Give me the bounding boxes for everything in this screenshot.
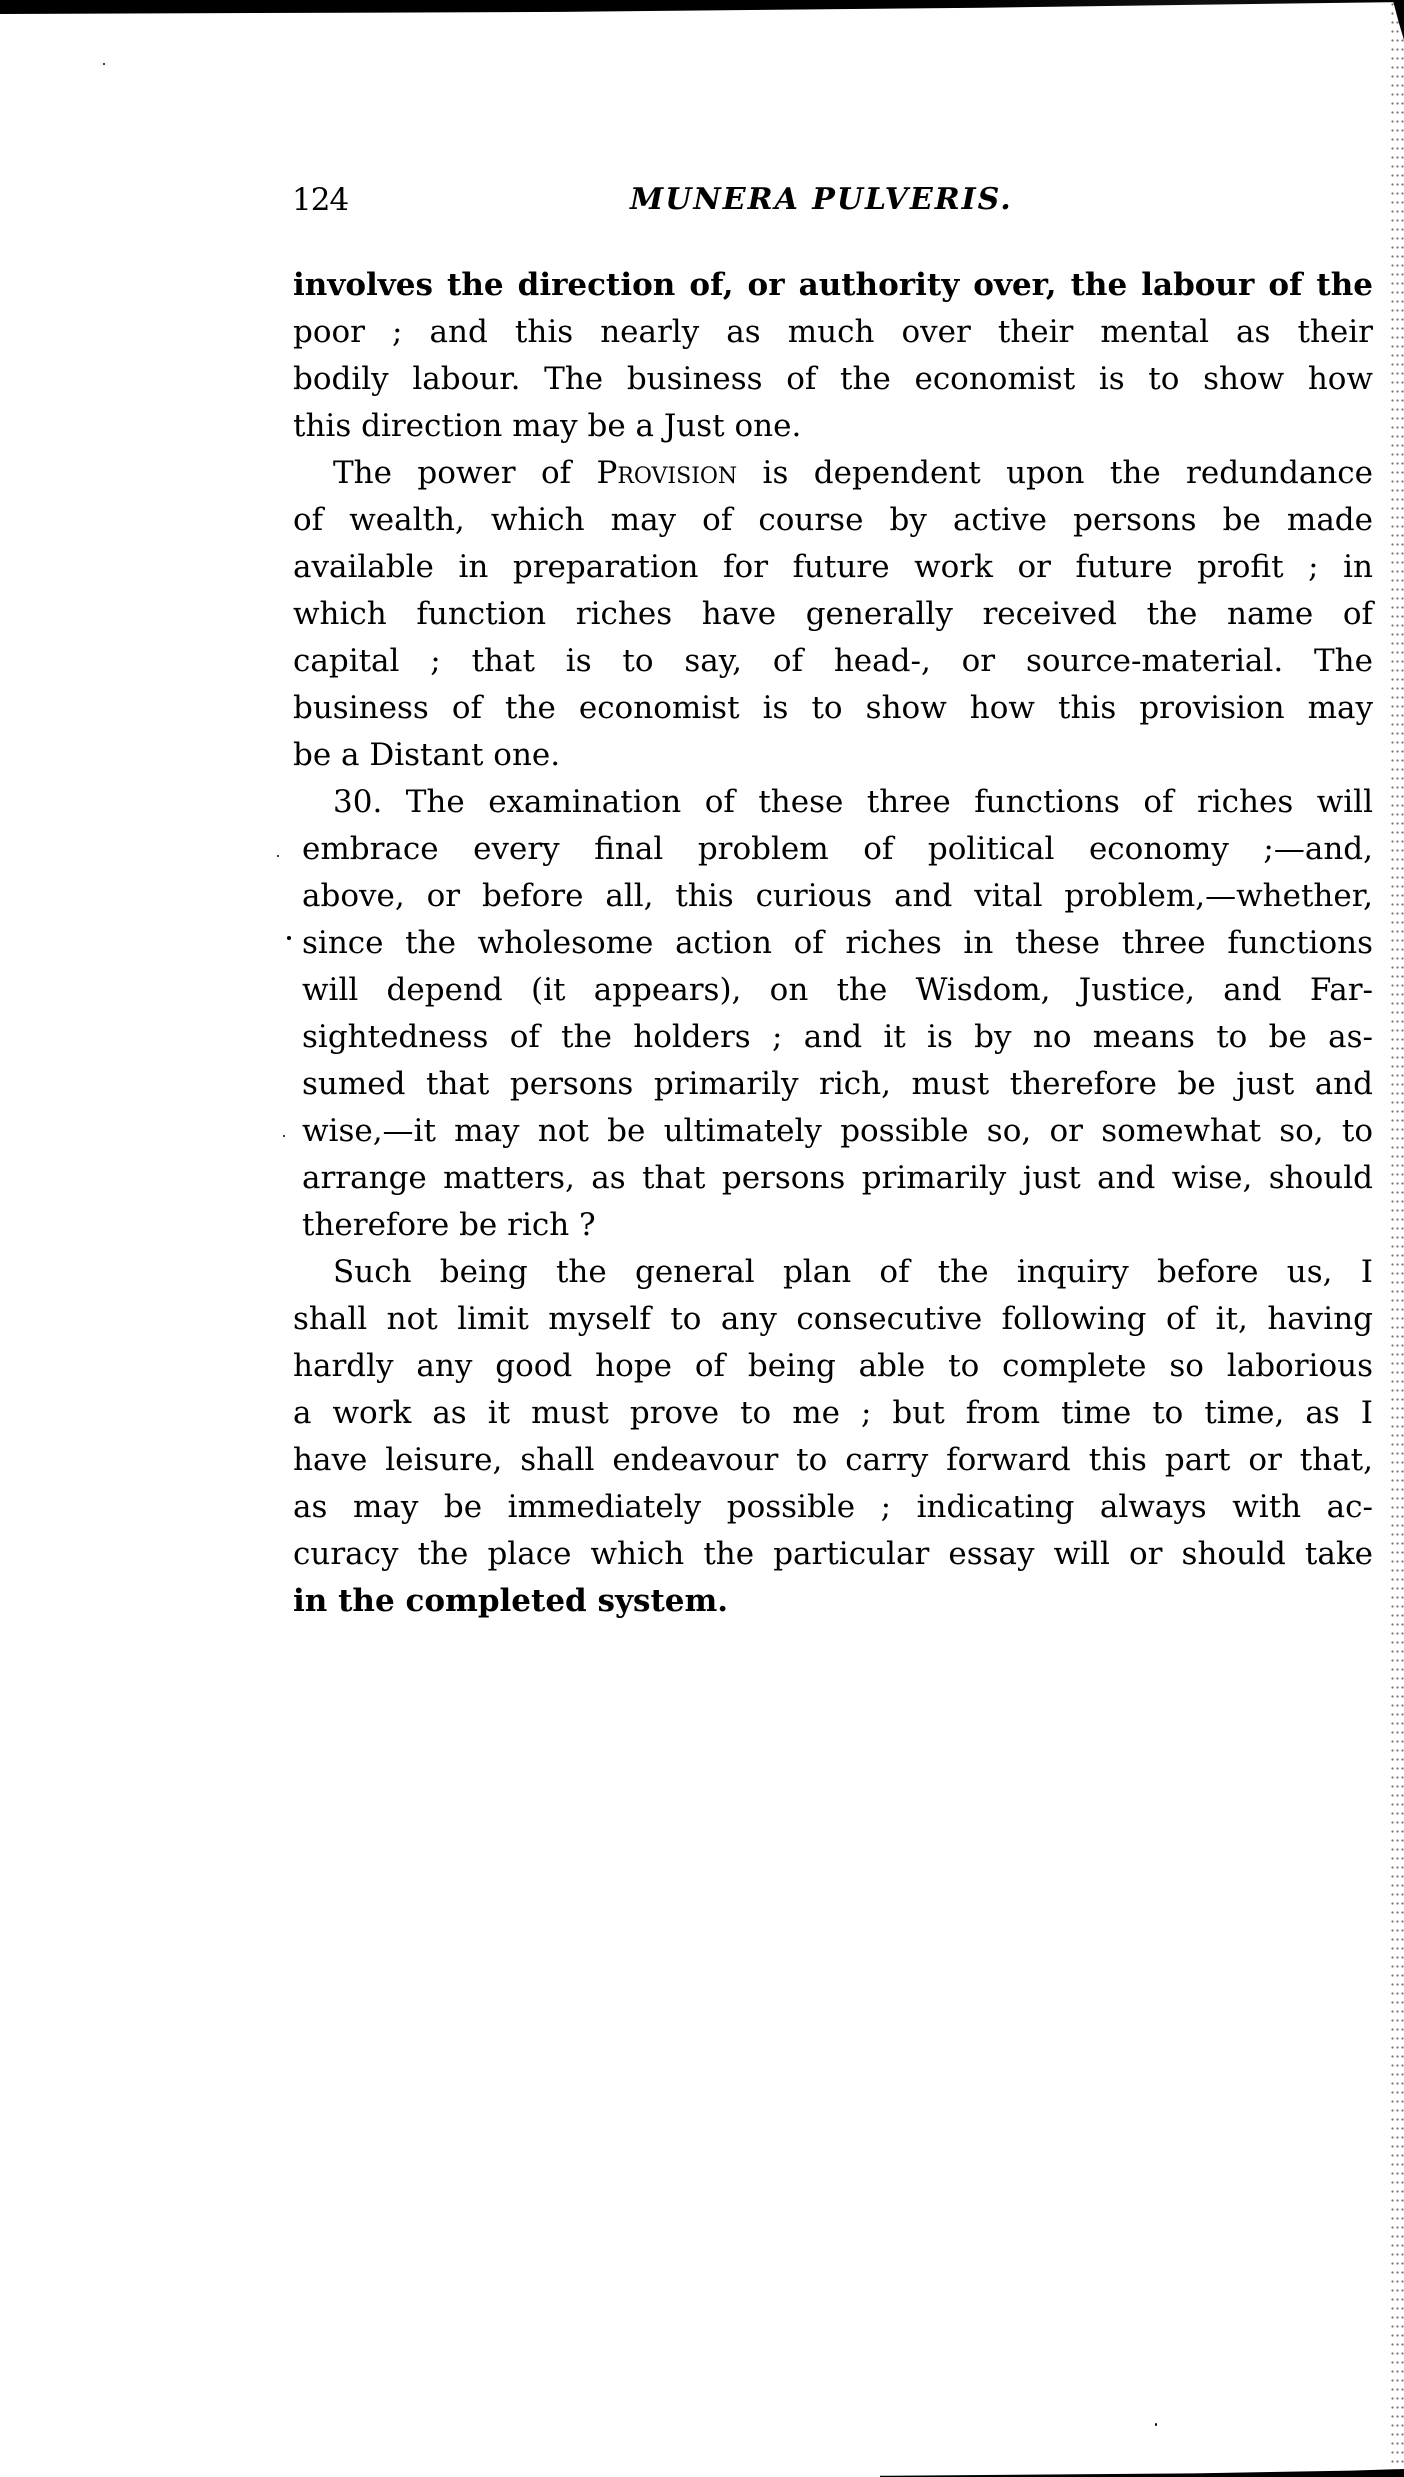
- text-line: in the completed system.: [293, 1578, 1373, 1625]
- text-line: as may be immediately possible ; indicat…: [293, 1484, 1373, 1531]
- text-line: business of the economist is to show how…: [293, 685, 1373, 732]
- scan-speck: [287, 936, 291, 940]
- text-line: which function riches have generally rec…: [293, 591, 1373, 638]
- running-title: MUNERA PULVERIS.: [630, 180, 1013, 220]
- scan-speck: [1155, 2423, 1157, 2426]
- text-line: above, or before all, this curious and v…: [293, 873, 1373, 920]
- text-line: since the wholesome action of riches in …: [293, 920, 1373, 967]
- text-line: this direction may be a Just one.: [293, 403, 1373, 450]
- text-line: hardly any good hope of being able to co…: [293, 1343, 1373, 1390]
- text-line: available in preparation for future work…: [293, 544, 1373, 591]
- text-line: be a Distant one.: [293, 732, 1373, 779]
- text-line: capital ; that is to say, of head-, or s…: [293, 638, 1373, 685]
- text-line: of wealth, which may of course by active…: [293, 497, 1373, 544]
- text-line: bodily labour. The business of the econo…: [293, 356, 1373, 403]
- scan-border-right: [1390, 0, 1404, 2477]
- paragraph-section-30: 30. The examination of these three funct…: [293, 779, 1373, 1249]
- scan-speck: [103, 63, 105, 65]
- scan-border-bottom: [880, 2469, 1404, 2477]
- text-line: involves the direction of, or authority …: [293, 262, 1373, 309]
- paragraph-provision: The power of Provision is dependent upon…: [293, 450, 1373, 779]
- scan-speck: [283, 1135, 285, 1137]
- text-line: a work as it must prove to me ; but from…: [293, 1390, 1373, 1437]
- text-line: wise,—it may not be ultimately possible …: [293, 1108, 1373, 1155]
- page-body: involves the direction of, or authority …: [293, 262, 1373, 1625]
- text-line: embrace every final problem of political…: [293, 826, 1373, 873]
- paragraph-plan-of-inquiry: Such being the general plan of the inqui…: [293, 1249, 1373, 1625]
- text-line: curacy the place which the particular es…: [293, 1531, 1373, 1578]
- text-line: arrange matters, as that persons primari…: [293, 1155, 1373, 1202]
- smallcaps-term: Provision: [596, 455, 737, 491]
- text-line: sightedness of the holders ; and it is b…: [293, 1014, 1373, 1061]
- scan-border-top: [0, 0, 1404, 14]
- text-line: Such being the general plan of the inqui…: [293, 1249, 1373, 1296]
- scan-speck: [277, 855, 279, 857]
- text-line: will depend (it appears), on the Wisdom,…: [293, 967, 1373, 1014]
- paragraph-continuation: involves the direction of, or authority …: [293, 262, 1373, 450]
- running-header: 124 MUNERA PULVERIS.: [292, 180, 1372, 220]
- text-line: shall not limit myself to any consecutiv…: [293, 1296, 1373, 1343]
- section-30-opening-line: 30. The examination of these three funct…: [293, 779, 1373, 826]
- page-number: 124: [292, 180, 348, 220]
- text-line: therefore be rich ?: [293, 1202, 1373, 1249]
- text-line: have leisure, shall endeavour to carry f…: [293, 1437, 1373, 1484]
- text-line: sumed that persons primarily rich, must …: [293, 1061, 1373, 1108]
- text-line: poor ; and this nearly as much over thei…: [293, 309, 1373, 356]
- text-line-with-smallcaps: The power of Provision is dependent upon…: [293, 450, 1373, 497]
